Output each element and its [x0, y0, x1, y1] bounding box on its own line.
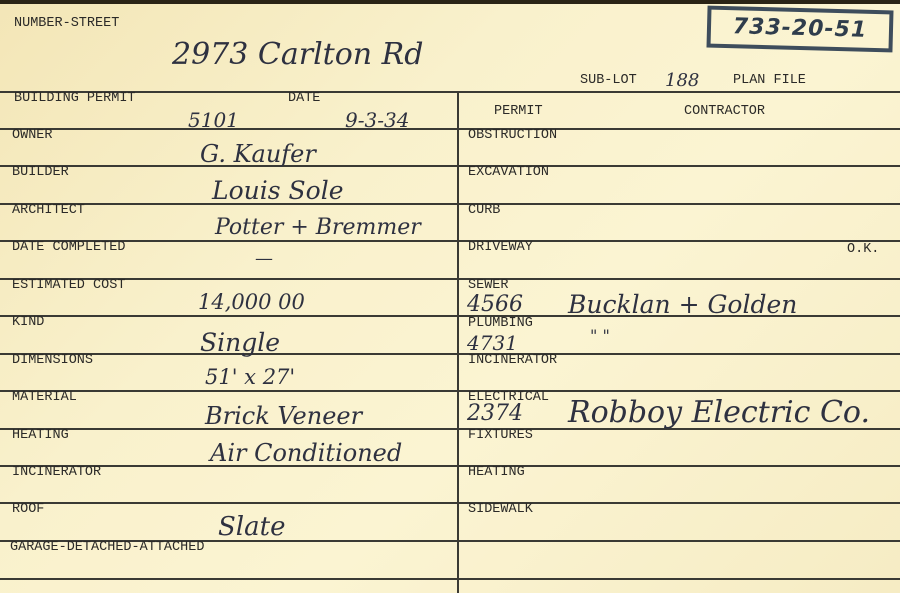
- estimated-cost-value: 14,000 00: [198, 292, 305, 313]
- plumbing-contractor: " ": [590, 328, 610, 344]
- divider: [0, 203, 900, 205]
- building-permit-value: 5101: [188, 110, 239, 130]
- date-label: DATE: [288, 92, 320, 106]
- permit-card: 733-20-51 NUMBER-STREET 2973 Carlton Rd …: [0, 0, 900, 593]
- incinerator-label: INCINERATOR: [12, 466, 101, 480]
- address-value: 2973 Carlton Rd: [172, 40, 423, 70]
- plan-file-label: PLAN FILE: [733, 74, 806, 88]
- dimensions-label: DIMENSIONS: [12, 354, 93, 368]
- material-value: Brick Veneer: [205, 404, 362, 428]
- owner-value: G. Kaufer: [200, 142, 316, 166]
- divider: [0, 502, 900, 504]
- permit-header: PERMIT: [494, 105, 543, 119]
- kind-label: KIND: [12, 316, 44, 330]
- architect-label: ARCHITECT: [12, 204, 85, 218]
- heating-value: Air Conditioned: [210, 441, 402, 465]
- driveway-contractor: O.K.: [847, 243, 879, 257]
- sidewalk-label: SIDEWALK: [468, 503, 533, 517]
- obstruction-label: OBSTRUCTION: [468, 129, 557, 143]
- driveway-label: DRIVEWAY: [468, 241, 533, 255]
- builder-value: Louis Sole: [212, 178, 344, 203]
- sub-lot-value: 188: [665, 72, 699, 90]
- divider: [0, 390, 900, 392]
- file-number-stamp: 733-20-51: [706, 6, 893, 53]
- electrical-contractor: Robboy Electric Co.: [568, 398, 870, 428]
- electrical-permit: 2374: [467, 403, 523, 425]
- fixtures-label: FIXTURES: [468, 429, 533, 443]
- estimated-cost-label: ESTIMATED COST: [12, 279, 125, 293]
- divider: [0, 128, 900, 130]
- dimensions-value: 51' x 27': [205, 367, 295, 388]
- material-label: MATERIAL: [12, 391, 77, 405]
- roof-label: ROOF: [12, 503, 44, 517]
- divider: [0, 278, 900, 280]
- plumbing-permit: 4731: [467, 333, 518, 353]
- incinerator-permit-label: INCINERATOR: [468, 354, 557, 368]
- divider: [0, 353, 900, 355]
- sewer-contractor: Bucklan + Golden: [568, 292, 797, 317]
- builder-label: BUILDER: [12, 166, 69, 180]
- divider: [0, 578, 900, 580]
- owner-label: OWNER: [12, 129, 53, 143]
- roof-value: Slate: [218, 514, 285, 540]
- divider: [0, 240, 900, 242]
- sewer-label: SEWER: [468, 279, 509, 293]
- curb-label: CURB: [468, 204, 500, 218]
- heating-label: HEATING: [12, 429, 69, 443]
- heating-permit-label: HEATING: [468, 466, 525, 480]
- card-top-edge: [0, 0, 900, 4]
- number-street-label: NUMBER-STREET: [14, 17, 119, 31]
- kind-value: Single: [200, 330, 280, 355]
- divider: [0, 465, 900, 467]
- architect-value: Potter + Bremmer: [215, 217, 421, 239]
- sub-lot-label: SUB-LOT: [580, 74, 637, 88]
- building-permit-label: BUILDING PERMIT: [14, 92, 136, 106]
- date-completed-label: DATE COMPLETED: [12, 241, 125, 255]
- contractor-header: CONTRACTOR: [684, 105, 765, 119]
- excavation-label: EXCAVATION: [468, 166, 549, 180]
- divider: [0, 165, 900, 167]
- garage-label: GARAGE-DETACHED-ATTACHED: [10, 541, 204, 555]
- plumbing-label: PLUMBING: [468, 317, 533, 331]
- date-completed-value: —: [255, 250, 273, 268]
- date-value: 9-3-34: [345, 110, 409, 130]
- sewer-permit: 4566: [467, 294, 523, 316]
